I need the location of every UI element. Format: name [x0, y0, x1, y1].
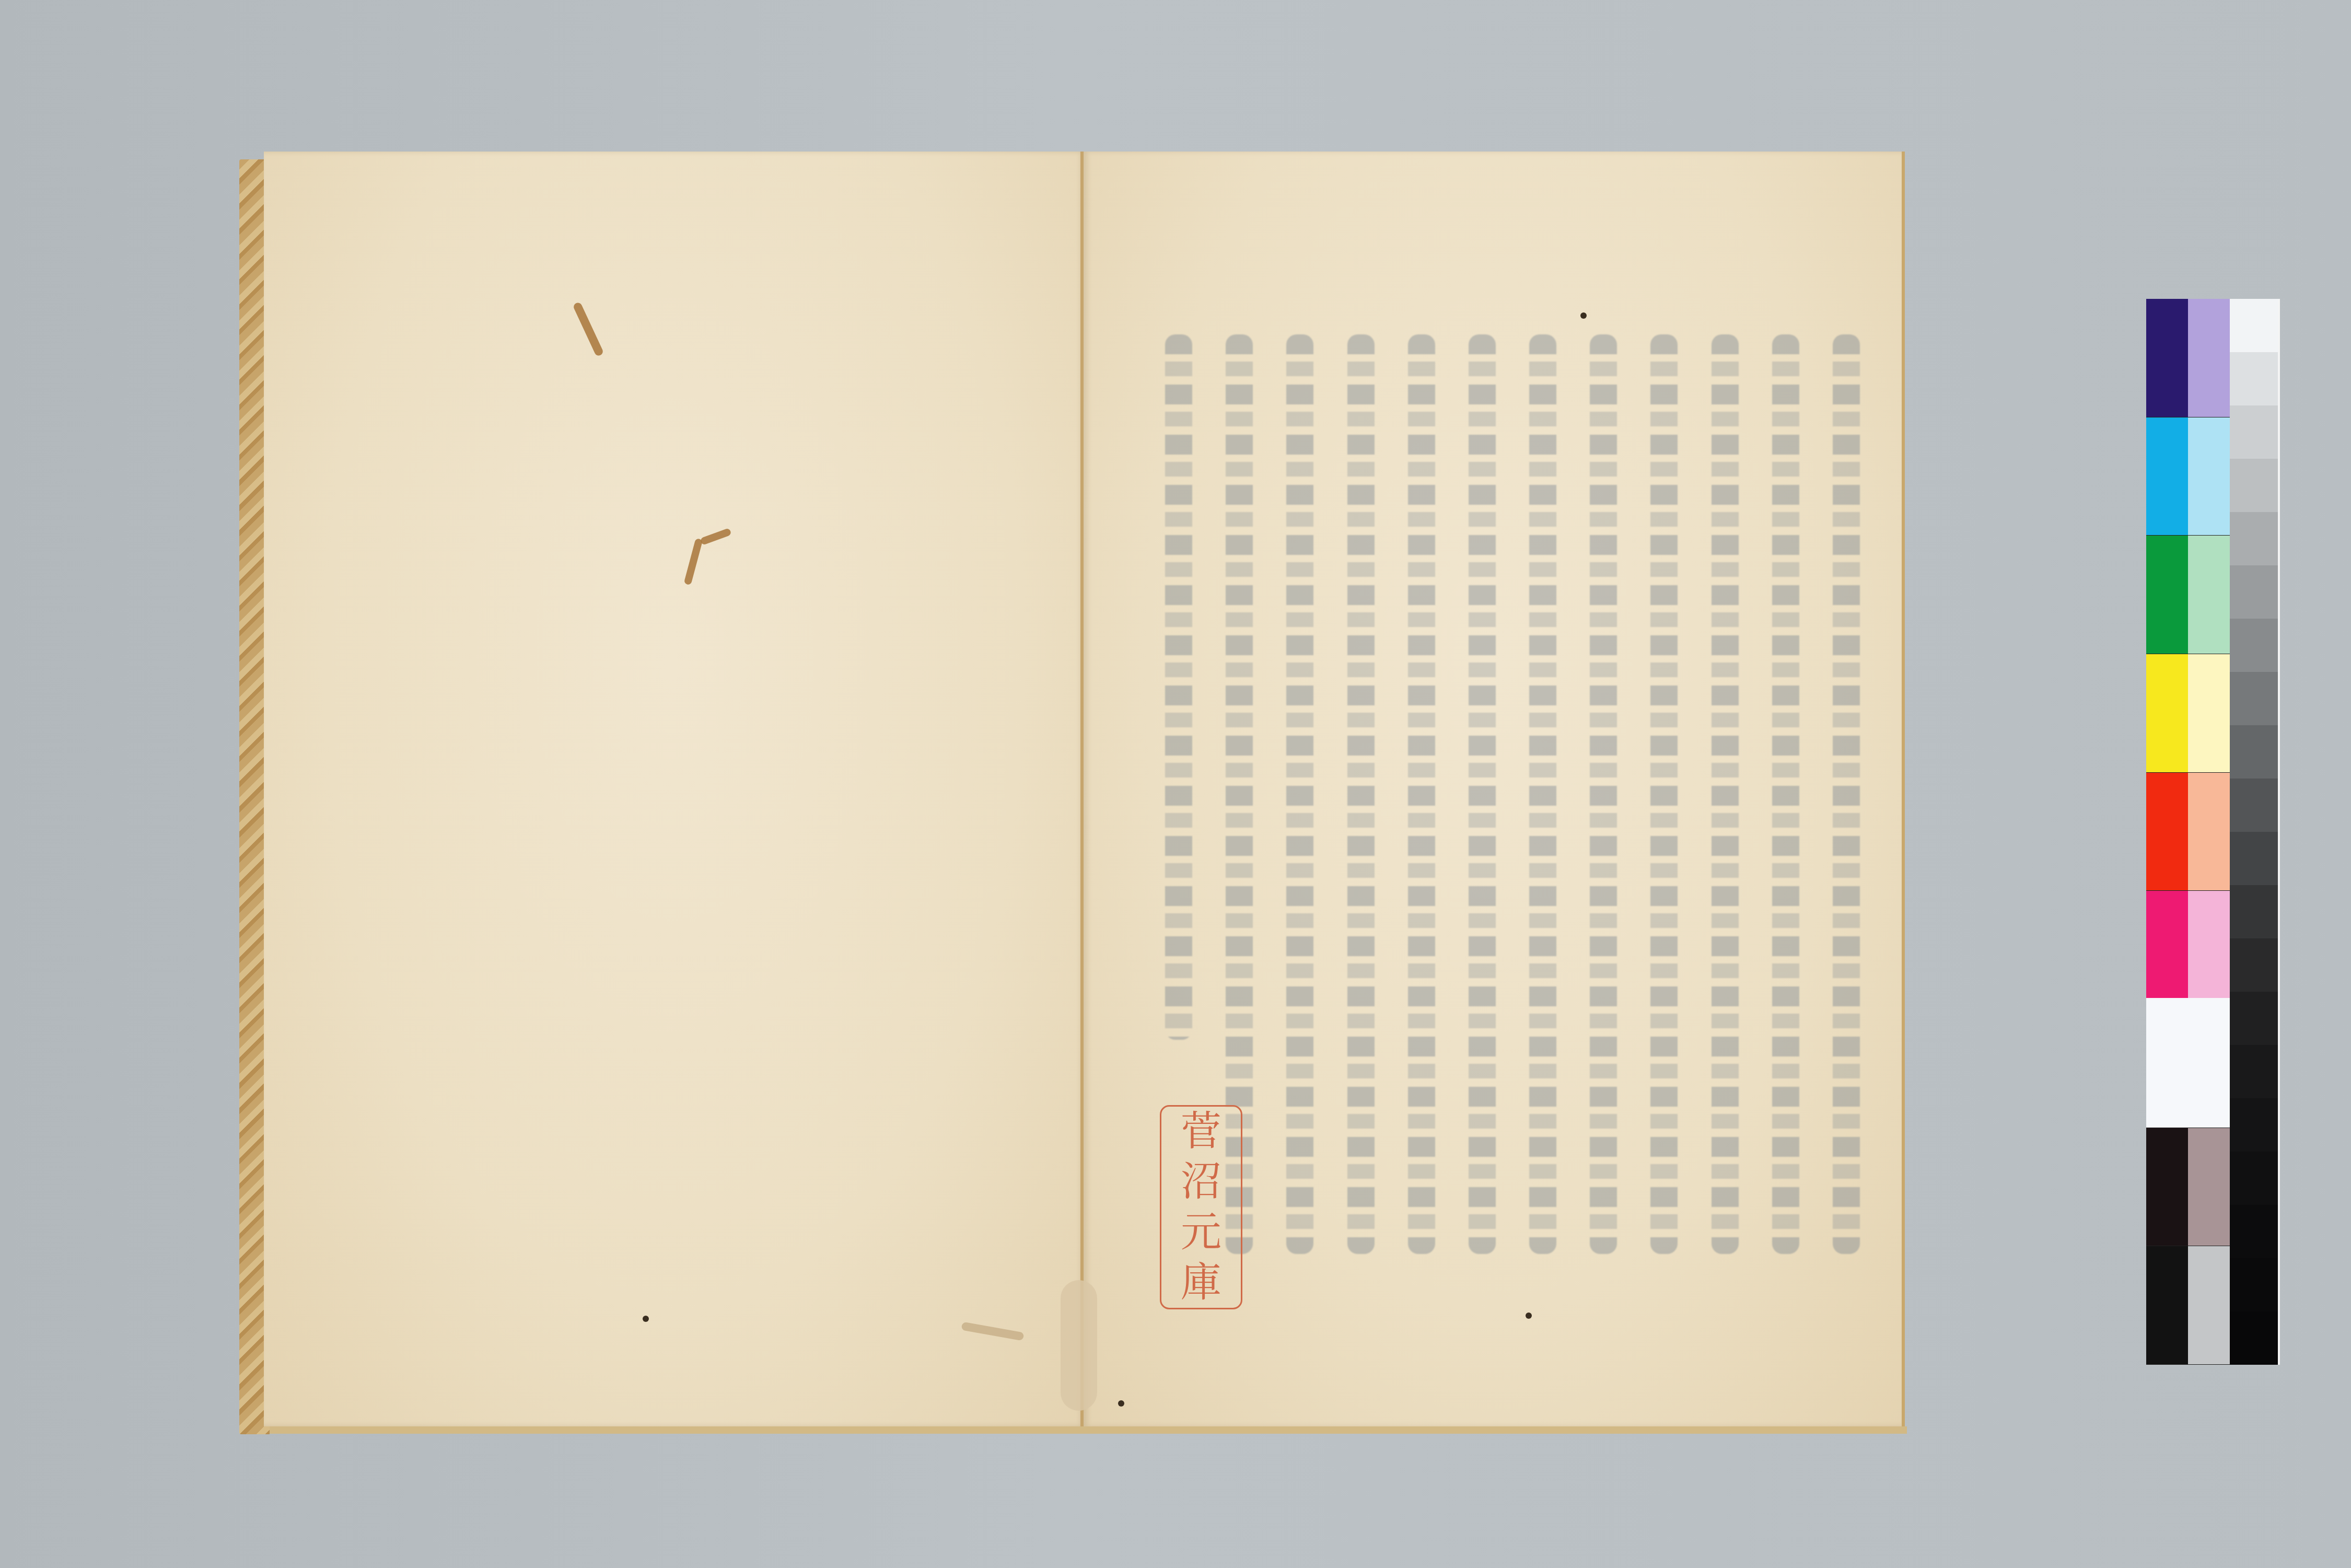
text-column [1590, 334, 1617, 1254]
color-swatch [2230, 405, 2278, 459]
color-swatch [2230, 779, 2278, 832]
color-calibration-chart [2146, 299, 2280, 1365]
color-swatch [2230, 459, 2278, 512]
text-column [1529, 334, 1556, 1254]
color-swatch [2230, 1045, 2278, 1098]
color-swatch [2230, 832, 2278, 885]
text-column [1833, 334, 1860, 1254]
color-swatch [2230, 1311, 2278, 1365]
spine-tear [1061, 1280, 1097, 1411]
binding-hole [643, 1316, 649, 1322]
color-swatch [2230, 1258, 2278, 1311]
color-swatch [2230, 299, 2278, 352]
color-swatch [2146, 773, 2188, 891]
chart-column-pastel [2188, 299, 2230, 1365]
color-swatch [2230, 565, 2278, 619]
binding-hole [1526, 1313, 1532, 1319]
page-fold [1080, 152, 1084, 1426]
text-column [1286, 334, 1313, 1254]
text-column [1347, 334, 1375, 1254]
ownership-seal: 菅 沼 元 庫 [1160, 1105, 1242, 1309]
color-swatch [2146, 654, 2188, 773]
show-through-text [1165, 334, 1860, 1254]
seal-char: 元 [1181, 1212, 1221, 1253]
color-swatch [2146, 299, 2188, 417]
text-column [1165, 334, 1192, 1040]
color-swatch [2188, 536, 2230, 654]
color-swatch [2188, 299, 2230, 417]
color-swatch [2188, 654, 2230, 773]
color-swatch [2188, 417, 2230, 536]
color-swatch [2146, 417, 2188, 536]
color-swatch [2230, 725, 2278, 779]
text-column [1650, 334, 1678, 1254]
seal-char: 菅 [1181, 1111, 1221, 1152]
binding-hole [1580, 312, 1587, 319]
left-page [264, 152, 1084, 1426]
chart-grayscale [2230, 299, 2278, 1365]
color-swatch [2230, 992, 2278, 1045]
color-swatch [2230, 619, 2278, 672]
book-bottom-edge [261, 1426, 1907, 1434]
color-swatch [2188, 1128, 2230, 1247]
color-swatch [2188, 1246, 2230, 1365]
text-column [1772, 334, 1799, 1254]
chart-column-saturated [2146, 299, 2188, 1365]
text-column [1712, 334, 1739, 1254]
color-swatch [2230, 885, 2278, 938]
chart-white-patch [2146, 998, 2230, 1071]
color-swatch [2230, 672, 2278, 725]
binding-hole [1118, 1400, 1124, 1407]
color-swatch [2230, 352, 2278, 405]
color-swatch [2230, 1205, 2278, 1258]
text-column [1408, 334, 1435, 1254]
color-swatch [2146, 1246, 2188, 1365]
color-swatch [2188, 891, 2230, 1009]
color-swatch [2230, 938, 2278, 992]
text-column [1469, 334, 1496, 1254]
seal-char: 庫 [1181, 1262, 1221, 1303]
color-swatch [2188, 773, 2230, 891]
color-swatch [2230, 1098, 2278, 1152]
color-swatch [2230, 1152, 2278, 1205]
color-swatch [2146, 891, 2188, 1009]
color-swatch [2230, 512, 2278, 565]
color-swatch [2146, 536, 2188, 654]
seal-char: 沼 [1181, 1162, 1221, 1202]
color-swatch [2146, 1128, 2188, 1247]
